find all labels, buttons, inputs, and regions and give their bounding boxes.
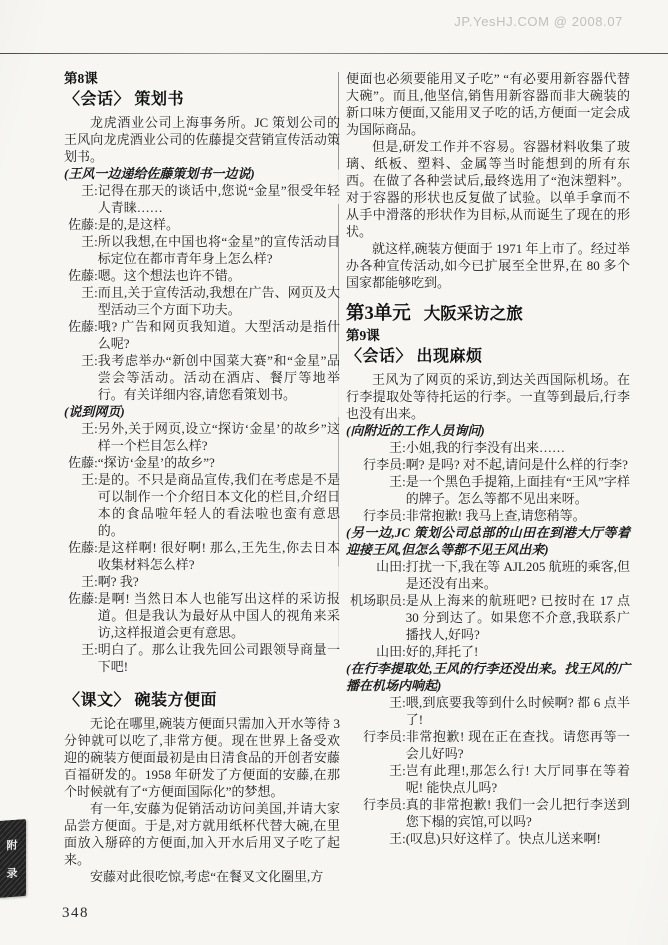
dialogue-line: 王:所以我想,在中国也将“金星”的宣传活动目标定位在都市青年身上怎么样? — [64, 233, 340, 267]
dialogue-text: 记得在那天的谈话中,您说“金星”很受年轻人青睐…… — [98, 182, 340, 216]
dialogue-speaker: 王: — [64, 420, 98, 437]
header-rule — [0, 53, 668, 54]
body-paragraph: 但是,研发工作并不容易。容器材料收集了玻璃、纸板、塑料、金属等当时能想到的所有东… — [346, 138, 630, 240]
side-tab-appendix: 附 录 — [0, 819, 26, 898]
dialogue-speaker: 佐藤: — [64, 267, 98, 284]
dialogue-line: 佐藤:“探访‘金星’的故乡”? — [64, 454, 340, 471]
dialogue-speaker: 王: — [346, 762, 406, 779]
dialogue-line: 王:(叹息)只好这样了。快点儿送来啊! — [346, 830, 630, 847]
dialogue-line: 王:岂有此理!,那怎么行! 大厅同事在等着呢! 能快点儿吗? — [346, 762, 630, 796]
dialogue-text: 哦? 广告和网页我知道。大型活动是指什么呢? — [98, 318, 340, 352]
dialogue-line: 佐藤:是的,是这样。 — [64, 216, 340, 233]
dialogue-speaker: 王: — [64, 641, 98, 658]
body-paragraph: 就这样,碗装方便面于 1971 年上市了。经过举办各种宣传活动,如今已扩展至全世… — [346, 240, 630, 291]
dialogue-line: 行李员:非常抱歉! 现在正在查找。请您再等一会儿好吗? — [346, 728, 630, 762]
section-heading: 〈课文〉 碗装方便面 — [64, 692, 340, 709]
dialogue-speaker: 王: — [64, 233, 98, 250]
dialogue-text: 岂有此理!,那怎么行! 大厅同事在等着呢! 能快点儿吗? — [406, 762, 630, 796]
dialogue-speaker: 王: — [346, 694, 406, 711]
dialogue-speaker: 佐藤: — [64, 318, 98, 335]
dialogue-speaker: 行李员: — [346, 456, 406, 473]
dialogue-speaker: 佐藤: — [64, 216, 98, 233]
stage-direction: (王风一边递给佐藤策划书一边说) — [64, 165, 340, 182]
lesson-heading: 第9课 — [346, 327, 630, 344]
dialogue-text: 啊? 是吗? 对不起,请问是什么样的行李? — [406, 456, 630, 473]
dialogue-line: 王:我考虑举办“新创中国菜大赛”和“金星”品尝会等活动。活动在酒店、餐厅等地举行… — [64, 352, 340, 403]
dialogue-text: 是从上海来的航班吧? 已按时在 17 点 30 分到达了。如果您不介意,我联系广… — [406, 592, 630, 643]
body-paragraph: 便面也必须要能用叉子吃” “有必要用新容器代替大碗”。而且,他坚信,销售用新容器… — [346, 70, 630, 138]
dialogue-text: (叹息)只好这样了。快点儿送来啊! — [406, 830, 630, 847]
dialogue-speaker: 佐藤: — [64, 454, 98, 471]
dialogue-text: 而且,关于宣传活动,我想在广告、网页及大型活动三个方面下功夫。 — [98, 284, 340, 318]
dialogue-text: 是的,是这样。 — [98, 216, 340, 233]
dialogue-line: 佐藤:哦? 广告和网页我知道。大型活动是指什么呢? — [64, 318, 340, 352]
dialogue-text: 嗯。这个想法也许不错。 — [98, 267, 340, 284]
dialogue-line: 机场职员:是从上海来的航班吧? 已按时在 17 点 30 分到达了。如果您不介意… — [346, 592, 630, 643]
dialogue-line: 山田:好的,拜托了! — [346, 643, 630, 660]
dialogue-text: 非常抱歉! 现在正在查找。请您再等一会儿好吗? — [406, 728, 630, 762]
watermark: JP.YesHJ.COM @ 2008.07 — [454, 14, 623, 29]
dialogue-speaker: 山田: — [346, 643, 406, 660]
dialogue-line: 王:是的。不只是商品宣传,我们在考虑是不是可以制作一个介绍日本文化的栏目,介绍日… — [64, 471, 340, 539]
dialogue-text: “探访‘金星’的故乡”? — [98, 454, 340, 471]
left-column: 第8课〈会话〉 策划书龙虎酒业公司上海事务所。JC 策划公司的王风向龙虎酒业公司… — [64, 70, 340, 885]
body-paragraph: 无论在哪里,碗装方便面只需加入开水等待 3 分钟就可以吃了,非常方便。现在世界上… — [64, 715, 340, 800]
dialogue-text: 小姐,我的行李没有出来…… — [406, 439, 630, 456]
body-paragraph: 龙虎酒业公司上海事务所。JC 策划公司的王风向龙虎酒业公司的佐藤提交营销宣传活动… — [64, 114, 340, 165]
dialogue-speaker: 王: — [346, 439, 406, 456]
dialogue-speaker: 佐藤: — [64, 590, 98, 607]
dialogue-line: 王:是一个黑色手提箱,上面挂有“王风”字样的牌子。怎么等都不见出来呀。 — [346, 473, 630, 507]
dialogue-text: 是这样啊! 很好啊! 那么,王先生,你去日本收集材料怎么样? — [98, 539, 340, 573]
dialogue-line: 山田:打扰一下,我在等 AJL205 航班的乘客,但是还没有出来。 — [346, 558, 630, 592]
dialogue-line: 王:另外,关于网页,设立“探访‘金星’的故乡”这样一个栏目怎么样? — [64, 420, 340, 454]
section-heading: 〈会话〉 出现麻烦 — [346, 348, 630, 365]
dialogue-line: 行李员:啊? 是吗? 对不起,请问是什么样的行李? — [346, 456, 630, 473]
dialogue-line: 行李员:真的非常抱歉! 我们一会儿把行李送到您下榻的宾馆,可以吗? — [346, 796, 630, 830]
dialogue-line: 王:记得在那天的谈话中,您说“金星”很受年轻人青睐…… — [64, 182, 340, 216]
side-tab-char: 录 — [7, 864, 18, 881]
dialogue-line: 王:明白了。那么让我先回公司跟领导商量一下吧! — [64, 641, 340, 675]
dialogue-line: 王:啊? 我? — [64, 573, 340, 590]
dialogue-text: 好的,拜托了! — [406, 643, 630, 660]
stage-direction: (另一边,JC 策划公司总部的山田在到港大厅等着迎接王风,但怎么等都不见王风出来… — [346, 524, 630, 558]
dialogue-text: 是一个黑色手提箱,上面挂有“王风”字样的牌子。怎么等都不见出来呀。 — [406, 473, 630, 507]
dialogue-speaker: 王: — [64, 284, 98, 301]
section-heading: 〈会话〉 策划书 — [64, 91, 340, 108]
dialogue-text: 打扰一下,我在等 AJL205 航班的乘客,但是还没有出来。 — [406, 558, 630, 592]
lesson-heading: 第8课 — [64, 70, 340, 87]
dialogue-text: 喂,到底要我等到什么时候啊? 都 6 点半了! — [406, 694, 630, 728]
dialogue-speaker: 行李员: — [346, 507, 406, 524]
dialogue-speaker: 山田: — [346, 558, 406, 575]
stage-direction: (在行李提取处,王风的行李还没出来。找王风的广播在机场内响起) — [346, 660, 630, 694]
dialogue-speaker: 王: — [64, 471, 98, 488]
body-paragraph: 王风为了网页的采访,到达关西国际机场。在行李提取处等待托运的行李。一直等到最后,… — [346, 371, 630, 422]
unit-label: 第3单元 — [346, 304, 411, 324]
dialogue-text: 真的非常抱歉! 我们一会儿把行李送到您下榻的宾馆,可以吗? — [406, 796, 630, 830]
dialogue-speaker: 佐藤: — [64, 539, 98, 556]
dialogue-line: 佐藤:是这样啊! 很好啊! 那么,王先生,你去日本收集材料怎么样? — [64, 539, 340, 573]
dialogue-speaker: 行李员: — [346, 796, 406, 813]
dialogue-text: 另外,关于网页,设立“探访‘金星’的故乡”这样一个栏目怎么样? — [98, 420, 340, 454]
dialogue-text: 所以我想,在中国也将“金星”的宣传活动目标定位在都市青年身上怎么样? — [98, 233, 340, 267]
dialogue-text: 是啊! 当然日本人也能写出这样的采访报道。但是我认为最好从中国人的视角来采访,这… — [98, 590, 340, 641]
dialogue-line: 王:喂,到底要我等到什么时候啊? 都 6 点半了! — [346, 694, 630, 728]
dialogue-text: 啊? 我? — [98, 573, 340, 590]
dialogue-line: 行李员:非常抱歉! 我马上查,请您稍等。 — [346, 507, 630, 524]
unit-heading: 第3单元大阪采访之旅 — [346, 305, 630, 323]
book-page: JP.YesHJ.COM @ 2008.07 第8课〈会话〉 策划书龙虎酒业公司… — [0, 0, 668, 945]
dialogue-text: 明白了。那么让我先回公司跟领导商量一下吧! — [98, 641, 340, 675]
dialogue-speaker: 王: — [64, 352, 98, 369]
dialogue-speaker: 机场职员: — [346, 592, 406, 609]
dialogue-speaker: 行李员: — [346, 728, 406, 745]
dialogue-line: 王:而且,关于宣传活动,我想在广告、网页及大型活动三个方面下功夫。 — [64, 284, 340, 318]
dialogue-speaker: 王: — [64, 182, 98, 199]
dialogue-line: 佐藤:是啊! 当然日本人也能写出这样的采访报道。但是我认为最好从中国人的视角来采… — [64, 590, 340, 641]
dialogue-speaker: 王: — [346, 830, 406, 847]
dialogue-line: 王:小姐,我的行李没有出来…… — [346, 439, 630, 456]
right-column: 便面也必须要能用叉子吃” “有必要用新容器代替大碗”。而且,他坚信,销售用新容器… — [346, 70, 630, 847]
unit-title: 大阪采访之旅 — [424, 304, 523, 323]
dialogue-text: 非常抱歉! 我马上查,请您稍等。 — [406, 507, 630, 524]
stage-direction: (向附近的工作人员询问) — [346, 422, 630, 439]
dialogue-text: 是的。不只是商品宣传,我们在考虑是不是可以制作一个介绍日本文化的栏目,介绍日本的… — [98, 471, 340, 539]
side-tab-char: 附 — [7, 836, 18, 853]
dialogue-speaker: 王: — [64, 573, 98, 590]
dialogue-line: 佐藤:嗯。这个想法也许不错。 — [64, 267, 340, 284]
stage-direction: (说到网页) — [64, 403, 340, 420]
dialogue-text: 我考虑举办“新创中国菜大赛”和“金星”品尝会等活动。活动在酒店、餐厅等地举行。有… — [98, 352, 340, 403]
body-paragraph: 有一年,安藤为促销活动访问美国,并请大家品尝方便面。于是,对方就用纸杯代替大碗,… — [64, 800, 340, 868]
dialogue-speaker: 王: — [346, 473, 406, 490]
page-number: 348 — [62, 905, 89, 922]
body-paragraph: 安藤对此很吃惊,考虑“在餐叉文化圈里,方 — [64, 868, 340, 885]
